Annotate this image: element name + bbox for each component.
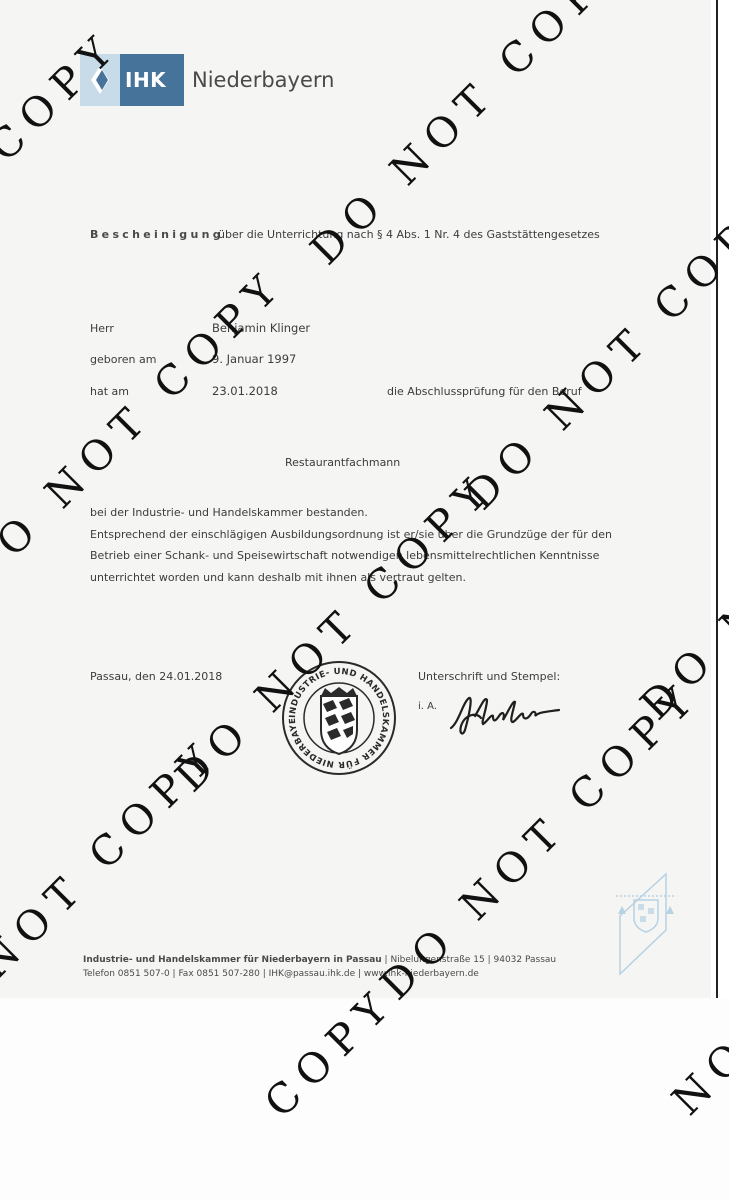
scanned-certificate-page [0, 0, 712, 998]
signature-icon [447, 692, 562, 737]
footer-address-text: | Nibelungenstraße 15 | 94032 Passau [382, 955, 556, 965]
diamond-icon [91, 66, 109, 94]
footer-line-1: Industrie- und Handelskammer für Niederb… [83, 953, 556, 967]
body-line: Betrieb einer Schank- und Speisewirtscha… [90, 545, 612, 567]
official-seal-icon: INDUSTRIE- UND HANDELSKAMMER FÜR NIEDERB… [281, 660, 397, 776]
scan-background [0, 998, 729, 1200]
footer-org-name: Industrie- und Handelskammer für Niederb… [83, 955, 382, 965]
profession: Restaurantfachmann [285, 456, 400, 469]
body-line: bei der Industrie- und Handelskammer bes… [90, 502, 612, 524]
logo-region: Niederbayern [192, 54, 334, 106]
logo-light-block [80, 54, 120, 106]
field-value-exam-date: 23.01.2018 [212, 384, 278, 398]
place-date: Passau, den 24.01.2018 [90, 670, 222, 683]
footer-line-2: Telefon 0851 507-0 | Fax 0851 507-280 | … [83, 967, 556, 981]
body-line: unterrichtet worden und kann deshalb mit… [90, 567, 612, 589]
field-value-name: Benjamin Klinger [212, 321, 310, 335]
ihk-logo: IHK Niederbayern [80, 54, 334, 106]
certificate-subtitle: über die Unterrichtung nach § 4 Abs. 1 N… [218, 228, 600, 241]
signature-prefix: i. A. [418, 701, 437, 712]
field-label-salutation: Herr [90, 322, 114, 335]
logo-abbr: IHK [120, 54, 184, 106]
signature-label: Unterschrift und Stempel: [418, 670, 560, 683]
field-label-exam-date: hat am [90, 385, 129, 398]
body-line: Entsprechend der einschlägigen Ausbildun… [90, 524, 612, 546]
certificate-title: Bescheinigung [90, 228, 224, 241]
certificate-body: bei der Industrie- und Handelskammer bes… [90, 502, 612, 588]
exam-text: die Abschlussprüfung für den Beruf [387, 385, 582, 398]
ihk-corner-emblem-icon [614, 870, 680, 978]
field-value-birthdate: 9. Januar 1997 [212, 352, 296, 366]
field-label-birthdate: geboren am [90, 353, 156, 366]
footer-address: Industrie- und Handelskammer für Niederb… [83, 953, 556, 981]
